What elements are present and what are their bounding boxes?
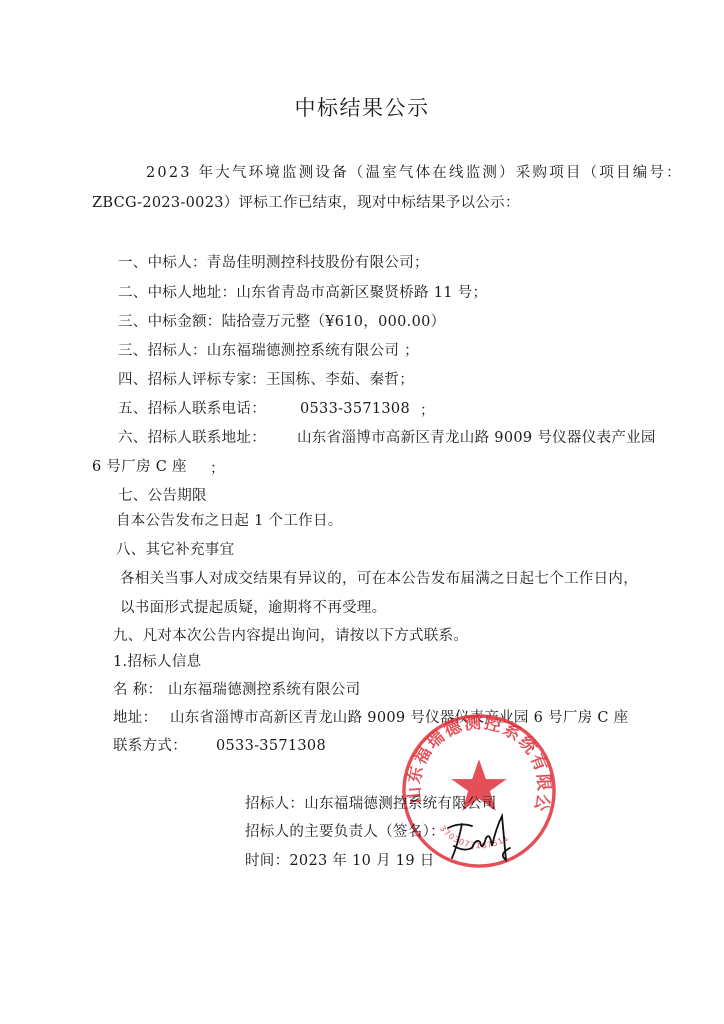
sign-person: 招标人的主要负责人（签名）： bbox=[245, 823, 445, 841]
page-title: 中标结果公示 bbox=[0, 92, 724, 122]
inquiry-heading: 九、凡对本次公告内容提出询问，请按以下方式联系。 bbox=[113, 627, 468, 645]
phone-end: ； bbox=[420, 402, 435, 420]
other-heading: 八、其它补充事宜 bbox=[116, 541, 234, 559]
sign-date: 时间：2023 年 10 月 19 日 bbox=[245, 852, 435, 870]
address-continued: 6 号厂房 C 座 bbox=[92, 458, 187, 476]
phone-value: 0533-3571308 bbox=[300, 400, 410, 418]
contact-value: 0533-3571308 bbox=[216, 737, 326, 755]
item-tenderer: 三、招标人：山东福瑞德测控系统有限公司 ； bbox=[118, 342, 419, 360]
name-label: 名 称： bbox=[113, 681, 162, 699]
item-experts: 四、招标人评标专家：王国栋、李茹、秦哲； bbox=[118, 371, 414, 389]
period-heading: 七、公告期限 bbox=[118, 487, 207, 505]
tenderer-info-heading: 1.招标人信息 bbox=[113, 653, 201, 671]
intro-line-1: 2023 年大气环境监测设备（温室气体在线监测）采购项目（项目编号： bbox=[146, 164, 683, 182]
phone-label: 五、招标人联系电话： bbox=[118, 400, 266, 418]
address-label: 六、招标人联系地址： bbox=[118, 429, 266, 447]
other-text-1: 各相关当事人对成交结果有异议的，可在本公告发布届满之日起七个工作日内， bbox=[120, 570, 638, 588]
period-text: 自本公告发布之日起 1 个工作日。 bbox=[116, 512, 343, 530]
other-text-2: 以书面形式提起质疑，逾期将不再受理。 bbox=[120, 599, 386, 617]
item-amount: 三、中标金额：陆拾壹万元整（¥610，000.00） bbox=[118, 313, 445, 331]
contact-label: 联系方式： bbox=[113, 737, 187, 755]
address-end: ； bbox=[210, 460, 225, 478]
address-value: 山东省淄博市高新区青龙山路 9009 号仪器仪表产业园 bbox=[297, 429, 656, 447]
name-value: 山东福瑞德测控系统有限公司 bbox=[168, 681, 360, 699]
item-winner-address: 二、中标人地址：山东省青岛市高新区聚贤桥路 11 号； bbox=[118, 284, 487, 302]
handwritten-signature bbox=[440, 808, 530, 868]
intro-line-2: ZBCG-2023-0023）评标工作已结束，现对中标结果予以公示： bbox=[92, 194, 520, 212]
item-winner: 一、中标人：青岛佳明测控科技股份有限公司； bbox=[118, 254, 429, 272]
address2-label: 地址： bbox=[113, 709, 157, 727]
